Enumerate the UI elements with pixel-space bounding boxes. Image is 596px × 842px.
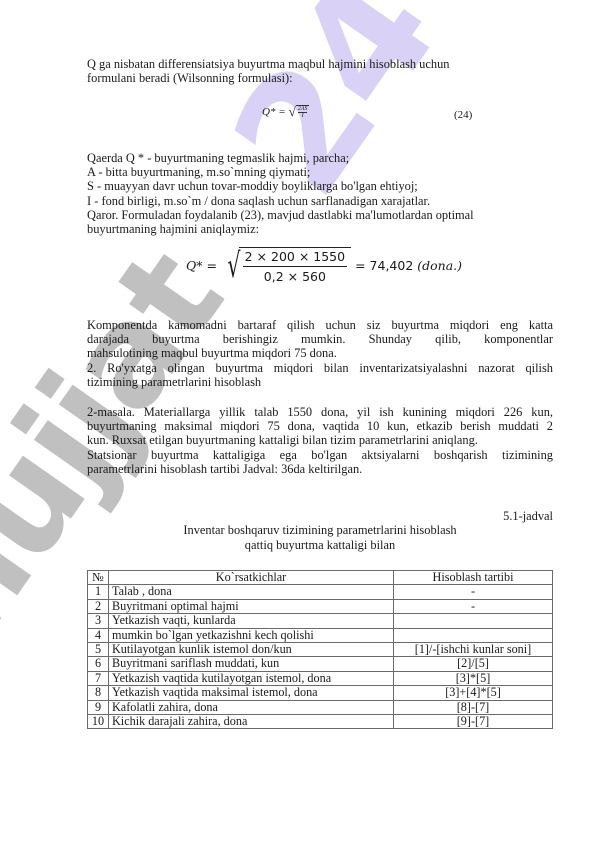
table-title-line: qattiq buyurtma kattaligi bilan [87,538,553,553]
calc-fraction: 2 × 200 × 1550 0,2 × 560 [239,247,351,284]
row-calculation: - [394,585,553,599]
definition-line: Qaror. Formuladan foydalanib (23), mavju… [87,208,553,222]
row-calculation: [9]-[7] [394,715,553,729]
definition-line: buyurtmaning hajmini aniqlaymiz: [87,222,553,236]
definition-line: A - bitta buyurtmaning, m.so`mning qiyma… [87,165,553,179]
calculation-formula: Q* = √ 2 × 200 × 1550 0,2 × 560 = 74,402… [186,247,462,284]
row-number: 10 [88,715,109,729]
intro-paragraph: Q ga nisbatan differensiatsiya buyurtma … [87,57,553,85]
sqrt-symbol: √ [289,104,296,120]
row-indicator: Yetkazish vaqti, kunlarda [109,614,394,628]
calc-result: = 74,402 [355,258,413,273]
row-calculation: [3]*[5] [394,671,553,685]
row-indicator: Talab , dona [109,585,394,599]
row-calculation: [8]-[7] [394,700,553,714]
table-row: 10 Kichik darajali zahira, dona [9]-[7] [88,715,553,729]
table-row: 6 Buyritmani sariflash muddati, kun [2]/… [88,657,553,671]
header-indicators: Ko`rsatkichlar [109,571,394,585]
table-row: 5 Kutilayotgan kunlik istemol don/kun [1… [88,643,553,657]
row-calculation [394,614,553,628]
row-calculation: [1]/-[ishchi kunlar soni] [394,643,553,657]
table-label: 5.1-jadval [503,509,553,524]
wilson-formula: Q* = √ 2AS I [262,104,309,120]
row-indicator: Yetkazish vaqtida kutilayotgan istemol, … [109,671,394,685]
row-calculation: - [394,599,553,613]
table-row: 1 Talab , dona - [88,585,553,599]
row-indicator: Kafolatli zahira, dona [109,700,394,714]
row-indicator: Buyritmani optimal hajmi [109,599,394,613]
formula-lhs: Q* = [262,106,286,118]
paragraph-line: Komponentda kamomadni bartaraf qilish uc… [87,318,553,332]
task2-paragraph: 2-masala. Materiallarga yillik talab 155… [87,405,553,448]
row-number: 1 [88,585,109,599]
definitions-block: Qaerda Q * - buyurtmaning tegmaslik hajm… [87,151,553,236]
table-row: 2 Buyritmani optimal hajmi - [88,599,553,613]
row-number: 8 [88,686,109,700]
row-calculation: [2]/[5] [394,657,553,671]
equation-number: (24) [454,109,472,121]
row-indicator: Kutilayotgan kunlik istemol don/kun [109,643,394,657]
row-indicator: mumkin bo`lgan yetkazishni kech qolishi [109,628,394,642]
paragraph-line: Statsionar buyurtma kattaligiga ega bo'l… [87,448,553,462]
calc-denominator: 0,2 × 560 [264,267,326,284]
table-title-line: Inventar boshqaruv tizimining parametrla… [87,523,553,538]
row-number: 5 [88,643,109,657]
intro-line: formulani beradi (Wilsonning formulasi): [87,71,553,85]
intro-line: Q ga nisbatan differensiatsiya buyurtma … [87,57,553,71]
definition-line: S - muayyan davr uchun tovar-moddiy boyl… [87,179,553,193]
header-number: № [88,571,109,585]
statsionar-paragraph: Statsionar buyurtma kattaligiga ega bo'l… [87,448,553,476]
paragraph-line: darajada buyurtma berishingiz mumkin. Sh… [87,332,553,346]
component-paragraph: Komponentda kamomadni bartaraf qilish uc… [87,318,553,361]
row-indicator: Kichik darajali zahira, dona [109,715,394,729]
row-indicator: Yetkazish vaqtida maksimal istemol, dona [109,686,394,700]
paragraph-line: 2. Ro'yxatga olingan buyurtma miqdori bi… [87,361,553,375]
sqrt-symbol: √ [227,249,240,283]
row-indicator: Buyritmani sariflash muddati, kun [109,657,394,671]
calc-numerator: 2 × 200 × 1550 [243,249,347,267]
table-row: 8 Yetkazish vaqtida maksimal istemol, do… [88,686,553,700]
paragraph-line: kun. Ruxsat etilgan buyurtmaning kattali… [87,433,553,447]
definition-line: I - fond birligi, m.so`m / dona saqlash … [87,194,553,208]
row-number: 6 [88,657,109,671]
paragraph-line: mahsulotining maqbul buyurtma miqdori 75… [87,346,553,360]
table-row: 4 mumkin bo`lgan yetkazishni kech qolish… [88,628,553,642]
formula-denominator: I [302,113,304,119]
document-page: hujjat 24 Q ga nisbatan differensiatsiya… [0,0,596,842]
table-header-row: № Ko`rsatkichlar Hisoblash tartibi [88,571,553,585]
row-number: 9 [88,700,109,714]
table-row: 3 Yetkazish vaqti, kunlarda [88,614,553,628]
paragraph-line: buyurtmaning maksimal miqdori 75 dona, v… [87,419,553,433]
parameters-table: № Ko`rsatkichlar Hisoblash tartibi 1 Tal… [87,570,553,729]
row-number: 7 [88,671,109,685]
row-number: 4 [88,628,109,642]
row-calculation [394,628,553,642]
formula-numerator: 2AS [298,106,308,113]
row-number: 3 [88,614,109,628]
item2-paragraph: 2. Ro'yxatga olingan buyurtma miqdori bi… [87,361,553,389]
definition-line: Qaerda Q * - buyurtmaning tegmaslik hajm… [87,151,553,165]
paragraph-line: tizimining parametrlarini hisoblash [87,375,553,389]
table-title: Inventar boshqaruv tizimining parametrla… [87,523,553,552]
row-number: 2 [88,599,109,613]
paragraph-line: 2-masala. Materiallarga yillik talab 155… [87,405,553,419]
row-calculation: [3]+[4]*[5] [394,686,553,700]
header-calculation: Hisoblash tartibi [394,571,553,585]
calc-lhs: Q* = [186,258,217,273]
table-row: 9 Kafolatli zahira, dona [8]-[7] [88,700,553,714]
table-row: 7 Yetkazish vaqtida kutilayotgan istemol… [88,671,553,685]
calc-unit: (dona.) [417,258,462,273]
formula-fraction: 2AS I [296,105,310,119]
paragraph-line: parametrlarini hisoblash tartibi Jadval:… [87,462,553,476]
